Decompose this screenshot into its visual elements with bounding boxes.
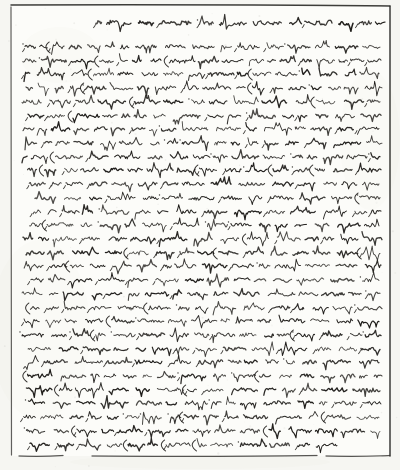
manuscript-canvas — [0, 0, 400, 470]
manuscript-scan-page — [0, 0, 400, 470]
